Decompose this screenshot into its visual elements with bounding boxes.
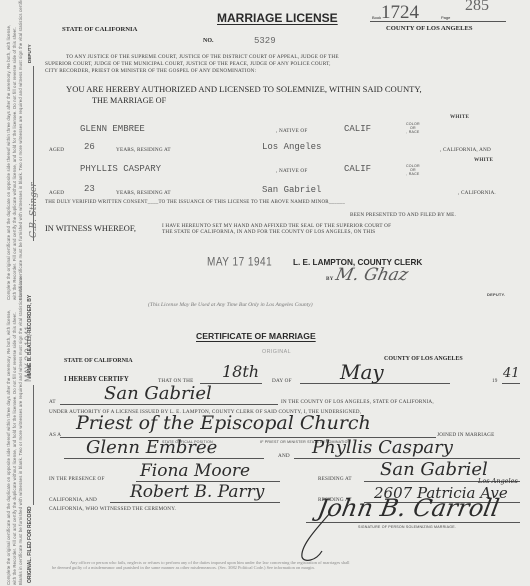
california-and-label: , CALIFORNIA, AND — [440, 147, 491, 153]
margin-recorder-signature: C.B. Stinger — [29, 182, 39, 238]
bride-aged-label: AGED — [49, 190, 64, 196]
signature-flourish-icon — [290, 505, 350, 565]
california-and-label-2: CALIFORNIA, AND — [49, 497, 97, 503]
groom-signature-rule — [64, 458, 264, 459]
bride-signature: Phyllis Caspary — [312, 437, 453, 458]
witness1-residence: San Gabriel — [380, 459, 488, 480]
year-value: 41 — [503, 366, 520, 381]
license-no-value: 5329 — [254, 36, 276, 46]
witness2-name: Robert B. Parry — [130, 482, 264, 502]
signature-caption: SIGNATURE OF PERSON SOLEMNIZING MARRIAGE… — [358, 525, 456, 529]
month-value: May — [340, 360, 384, 384]
deputy-signature: M. Ghaz — [334, 265, 410, 285]
authorized-line: YOU ARE HEREBY AUTHORIZED AND LICENSED T… — [66, 84, 422, 94]
groom-residing-label: YEARS, RESIDING AT — [116, 147, 171, 153]
witness1-residing-label: RESIDING AT — [318, 476, 352, 482]
groom-native-value: CALIF — [344, 124, 371, 134]
issue-date: MAY 17 1941 — [207, 256, 272, 269]
page-number: 285 — [465, 0, 489, 15]
witness2-residence-note: Los Angeles — [478, 477, 518, 485]
marriage-document: Complete the original certificate and th… — [0, 0, 530, 586]
day-of-label: DAY OF — [272, 378, 292, 384]
penalty-note: Any officer or person who fails, neglect… — [52, 560, 350, 571]
margin-instructions-lower: Complete the original certificate and th… — [6, 275, 24, 585]
certificate-county: COUNTY OF LOS ANGELES — [384, 356, 463, 362]
groom-race: WHITE — [450, 114, 469, 120]
certificate-title: CERTIFICATE OF MARRIAGE — [196, 331, 316, 341]
witness2-rule — [110, 502, 280, 503]
by-label: BY — [326, 276, 334, 282]
marriage-of-label: THE MARRIAGE OF — [92, 96, 166, 105]
california-end-label: , CALIFORNIA. — [458, 190, 496, 196]
license-state: STATE OF CALIFORNIA — [62, 26, 137, 33]
margin-instructions: Complete the original certificate and th… — [6, 0, 24, 300]
and-label: AND — [278, 453, 290, 459]
groom-signature: Glenn Embree — [86, 437, 217, 458]
groom-aged-label: AGED — [49, 147, 64, 153]
witness-text: I HAVE HEREUNTO SET MY HAND AND AFFIXED … — [162, 223, 391, 235]
witnessed-line: CALIFORNIA, WHO WITNESSED THE CEREMONY. — [49, 506, 176, 512]
position-value: Priest of the Episcopal Church — [76, 412, 371, 434]
year-rule — [502, 383, 520, 384]
bride-race: WHITE — [474, 157, 493, 163]
groom-color-race-label: COLOR OR , RACE — [406, 122, 420, 135]
original-stamp: ORIGINAL — [262, 349, 291, 355]
bride-residing-label: YEARS, RESIDING AT — [116, 190, 171, 196]
page-label: Page — [441, 15, 450, 20]
witness-whereof-label: IN WITNESS WHEREOF, — [45, 224, 136, 233]
certificate-state: STATE OF CALIFORNIA — [64, 358, 133, 364]
bride-residence: San Gabriel — [262, 185, 321, 195]
consent-line: THE DULY VERIFIED WRITTEN CONSENT____TO … — [45, 200, 345, 205]
margin-deputy-label: DEPUTY — [27, 44, 32, 63]
license-county: COUNTY OF LOS ANGELES — [386, 25, 473, 32]
groom-name: GLENN EMBREE — [80, 124, 145, 134]
address-line-1: TO ANY JUSTICE OF THE SUPREME COURT, JUS… — [66, 54, 339, 60]
presence-label: IN THE PRESENCE OF — [49, 476, 105, 482]
place-value: San Gabriel — [104, 383, 212, 404]
license-usage-note: (This License May Be Used at Any Time Bu… — [148, 302, 313, 308]
witness1-name: Fiona Moore — [140, 461, 250, 481]
margin-filed-label: ORIGINAL. FILED FOR RECORD — [27, 506, 33, 583]
bride-color-race-label: COLOR OR , RACE — [406, 164, 420, 177]
margin-filed-date: MAY 2 0 1941 — [23, 326, 33, 382]
address-line-2: SUPERIOR COURT, JUDGE OF THE MUNICIPAL C… — [45, 61, 331, 67]
bride-native-value: CALIF — [344, 164, 371, 174]
address-line-3: CITY RECORDER, PRIEST OR MINISTER OF THE… — [45, 68, 256, 74]
year-prefix: 19 — [492, 378, 498, 384]
book-page-rule — [370, 21, 506, 22]
margin-filed-rule — [33, 385, 34, 505]
place-rule — [60, 404, 278, 405]
groom-residence: Los Angeles — [262, 142, 321, 152]
deputy-label: DEPUTY. — [487, 292, 505, 297]
book-label: Book — [372, 15, 381, 20]
bride-age: 23 — [84, 184, 95, 194]
groom-native-label: , NATIVE OF — [276, 128, 307, 134]
license-title: MARRIAGE LICENSE — [217, 11, 338, 25]
bride-native-label: , NATIVE OF — [276, 168, 307, 174]
day-value: 18th — [222, 362, 259, 381]
presented-line: BEEN PRESENTED TO AND FILED BY ME. — [350, 212, 456, 218]
in-county-line: IN THE COUNTY OF LOS ANGELES, STATE OF C… — [281, 399, 434, 405]
certify-label: I HEREBY CERTIFY — [64, 376, 129, 383]
groom-age: 26 — [84, 142, 95, 152]
at-label: AT — [49, 399, 56, 405]
license-no-label: NO. — [203, 38, 214, 44]
bride-name: PHYLLIS CASPARY — [80, 164, 161, 174]
